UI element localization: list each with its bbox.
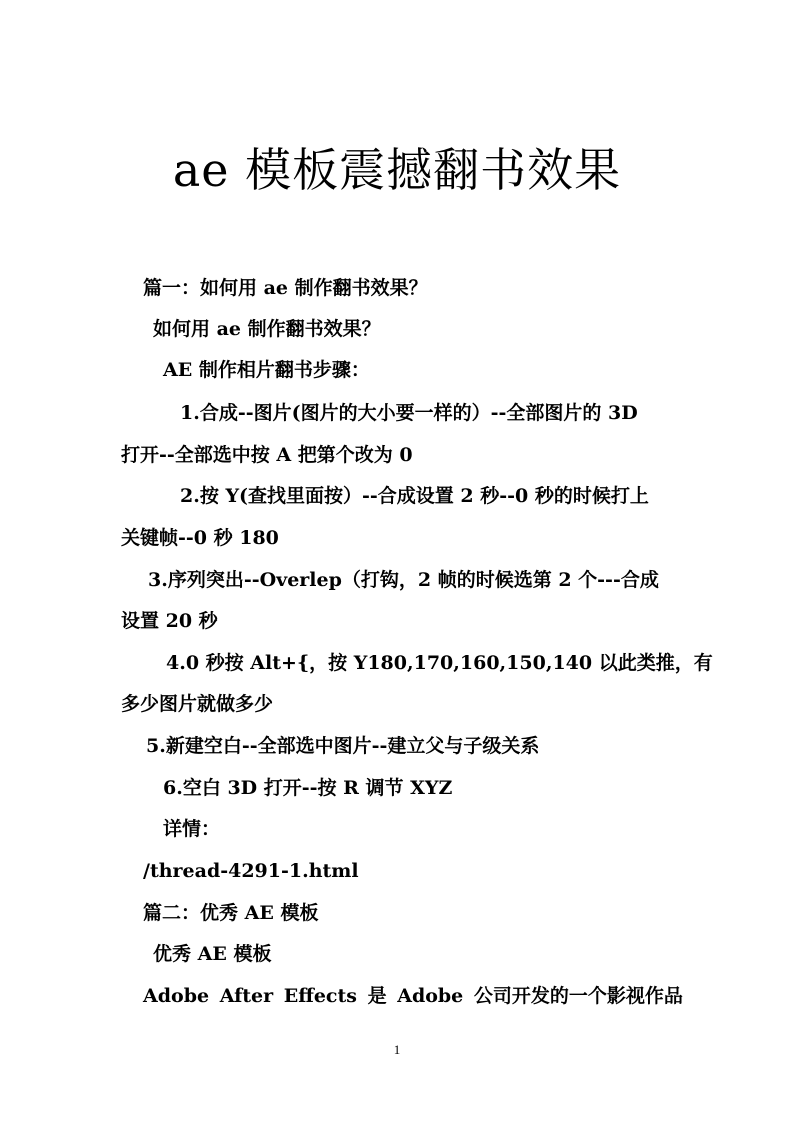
step-4-line-2: 多少图片就做多少 [121, 692, 273, 716]
document-title: ae 模板震撼翻书效果 [0, 140, 794, 200]
subheading: 如何用 ae 制作翻书效果？ [153, 317, 381, 341]
body-paragraph: Adobe After Effects 是 Adobe 公司开发的一个影视作品 [143, 984, 683, 1008]
step-4-line-1: 4.0 秒按 Alt+{，按 Y180,170,160,150,140 以此类推… [166, 651, 713, 675]
subheading-2: 优秀 AE 模板 [153, 942, 271, 966]
thread-link: /thread-4291-1.html [143, 859, 359, 883]
step-3-line-1: 3.序列突出--Overlep（打钩，2 帧的时候选第 2 个---合成 [148, 568, 659, 592]
step-1-line-2: 打开--全部选中按 A 把第个改为 0 [121, 443, 413, 467]
step-6: 6.空白 3D 打开--按 R 调节 XYZ [163, 776, 452, 800]
details-label: 详情： [163, 817, 220, 841]
step-1-line-1: 1.合成--图片(图片的大小要一样的）--全部图片的 3D [180, 401, 638, 425]
section-heading-1: 篇一：如何用 ae 制作翻书效果？ [143, 276, 428, 300]
page-number: 1 [0, 1042, 794, 1058]
section-heading-2: 篇二：优秀 AE 模板 [143, 901, 318, 925]
step-2-line-1: 2.按 Y(查找里面按）--合成设置 2 秒--0 秒的时候打上 [180, 484, 649, 508]
step-3-line-2: 设置 20 秒 [121, 609, 218, 633]
steps-heading: AE 制作相片翻书步骤： [163, 358, 370, 382]
step-5: 5.新建空白--全部选中图片--建立父与子级关系 [146, 734, 539, 758]
step-2-line-2: 关键帧--0 秒 180 [121, 526, 279, 550]
